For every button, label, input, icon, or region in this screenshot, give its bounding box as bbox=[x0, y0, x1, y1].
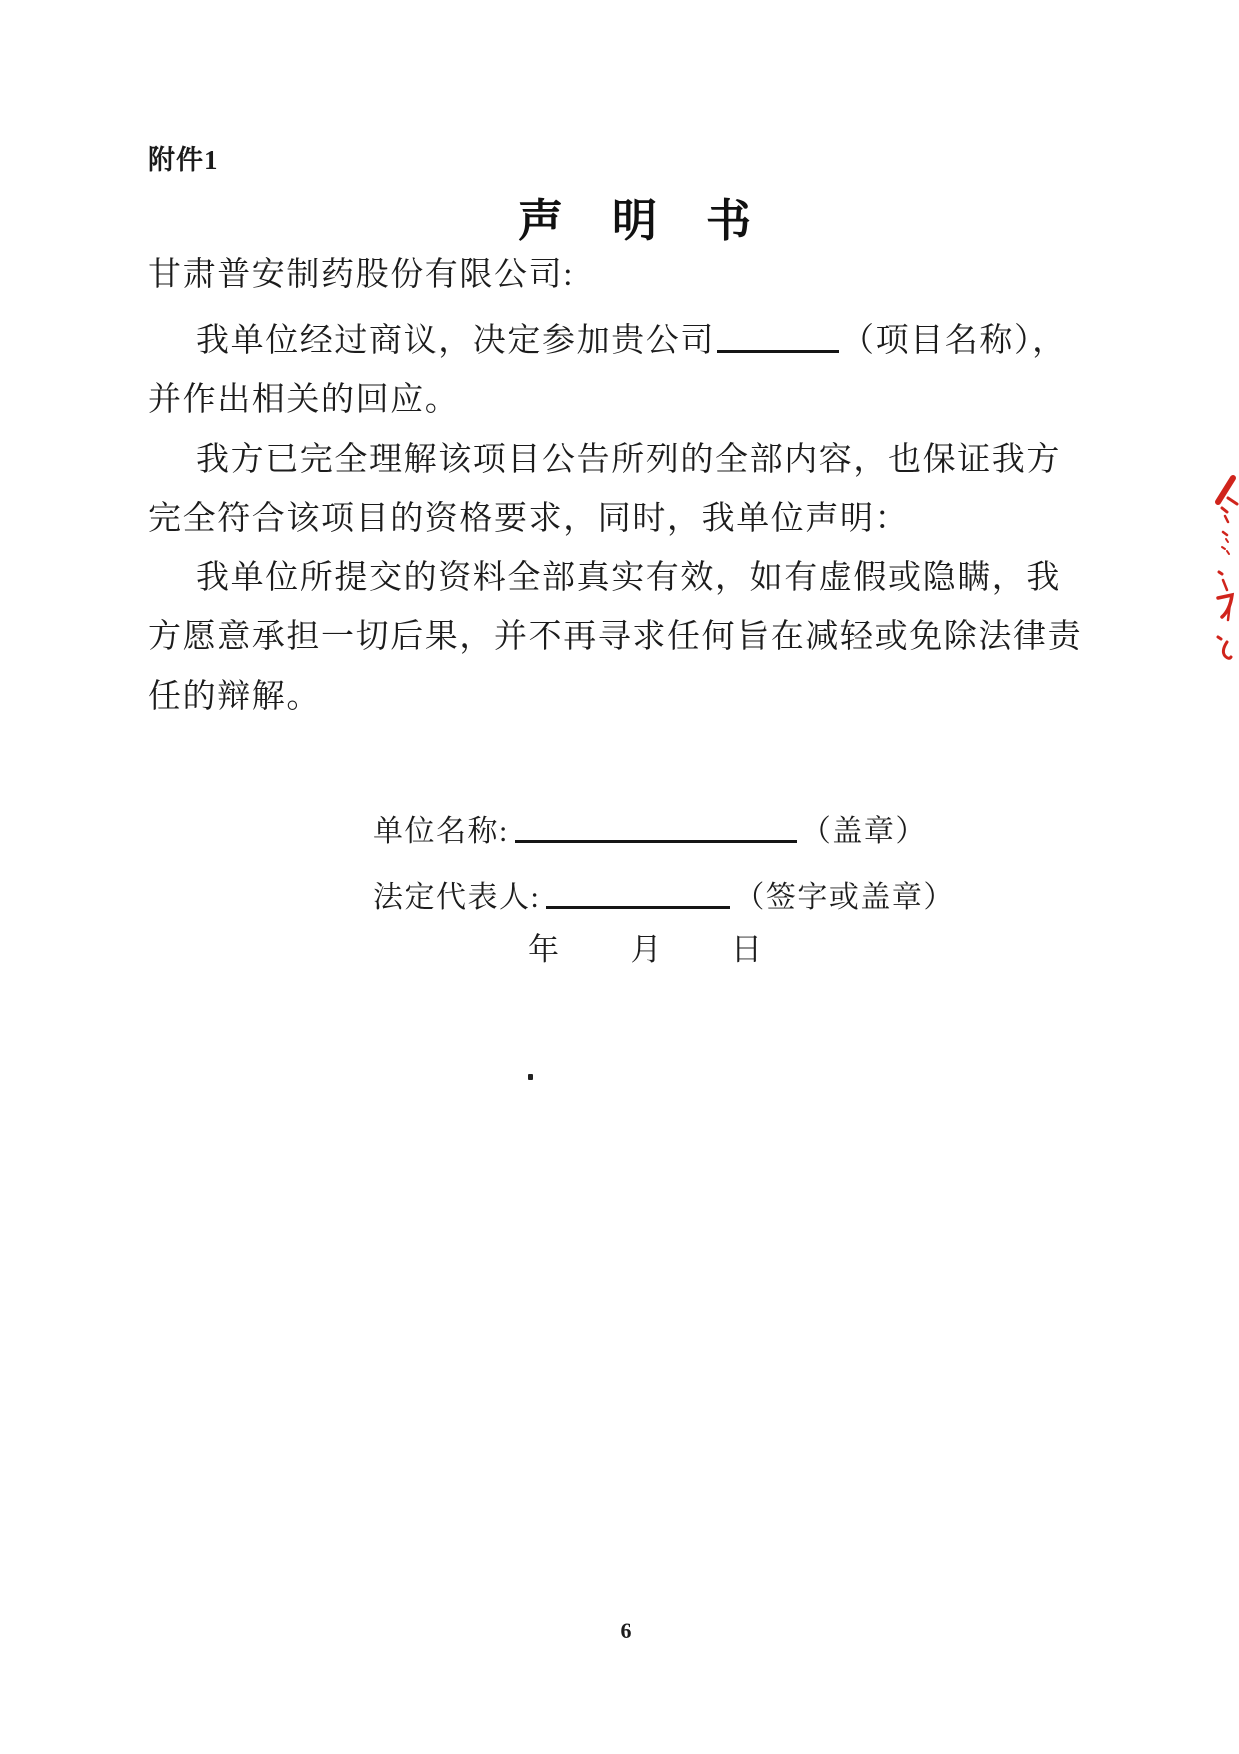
paragraph-line-5: 我单位所提交的资料全部真实有效，如有虚假或隐瞒，我 bbox=[196, 559, 1061, 599]
addressee-line: 甘肃普安制药股份有限公司: bbox=[148, 256, 574, 296]
red-seal-fragments-icon bbox=[1200, 470, 1239, 670]
document-page: 附件1 声 明 书 甘肃普安制药股份有限公司: 我单位经过商议，决定参加贵公司（… bbox=[0, 0, 1239, 1754]
paragraph-line-1-text-after: （项目名称）， bbox=[841, 323, 1067, 359]
project-name-blank bbox=[717, 350, 839, 353]
legal-rep-sign-note: （签字或盖章） bbox=[734, 881, 955, 914]
unit-name-label: 单位名称: bbox=[373, 815, 509, 848]
page-number: 6 bbox=[606, 1618, 646, 1644]
unit-name-row: 单位名称:（盖章） bbox=[373, 806, 927, 850]
month-label: 月 bbox=[631, 932, 664, 967]
paragraph-line-1-text-before: 我单位经过商议，决定参加贵公司 bbox=[196, 323, 715, 359]
date-line: 年月日 bbox=[528, 924, 764, 969]
paragraph-line-2: 并作出相关的回应。 bbox=[148, 381, 459, 421]
document-title: 声 明 书 bbox=[518, 184, 753, 249]
paragraph-line-7: 任的辩解。 bbox=[148, 678, 321, 718]
legal-rep-row: 法定代表人:（签字或盖章） bbox=[373, 872, 955, 916]
stray-ink-dot bbox=[528, 1074, 533, 1080]
legal-rep-underline bbox=[546, 906, 730, 909]
paragraph-line-1: 我单位经过商议，决定参加贵公司（项目名称）， bbox=[196, 322, 1067, 362]
paragraph-line-3: 我方已完全理解该项目公告所列的全部内容，也保证我方 bbox=[196, 441, 1061, 481]
paragraph-line-4: 完全符合该项目的资格要求，同时，我单位声明： bbox=[148, 500, 909, 540]
unit-name-underline bbox=[515, 840, 797, 843]
paragraph-line-6: 方愿意承担一切后果，并不再寻求任何旨在减轻或免除法律责 bbox=[148, 618, 1082, 658]
day-label: 日 bbox=[731, 932, 764, 967]
unit-name-stamp-note: （盖章） bbox=[801, 815, 927, 848]
year-label: 年 bbox=[528, 932, 561, 967]
legal-rep-label: 法定代表人: bbox=[373, 881, 540, 914]
attachment-label: 附件1 bbox=[148, 138, 219, 177]
